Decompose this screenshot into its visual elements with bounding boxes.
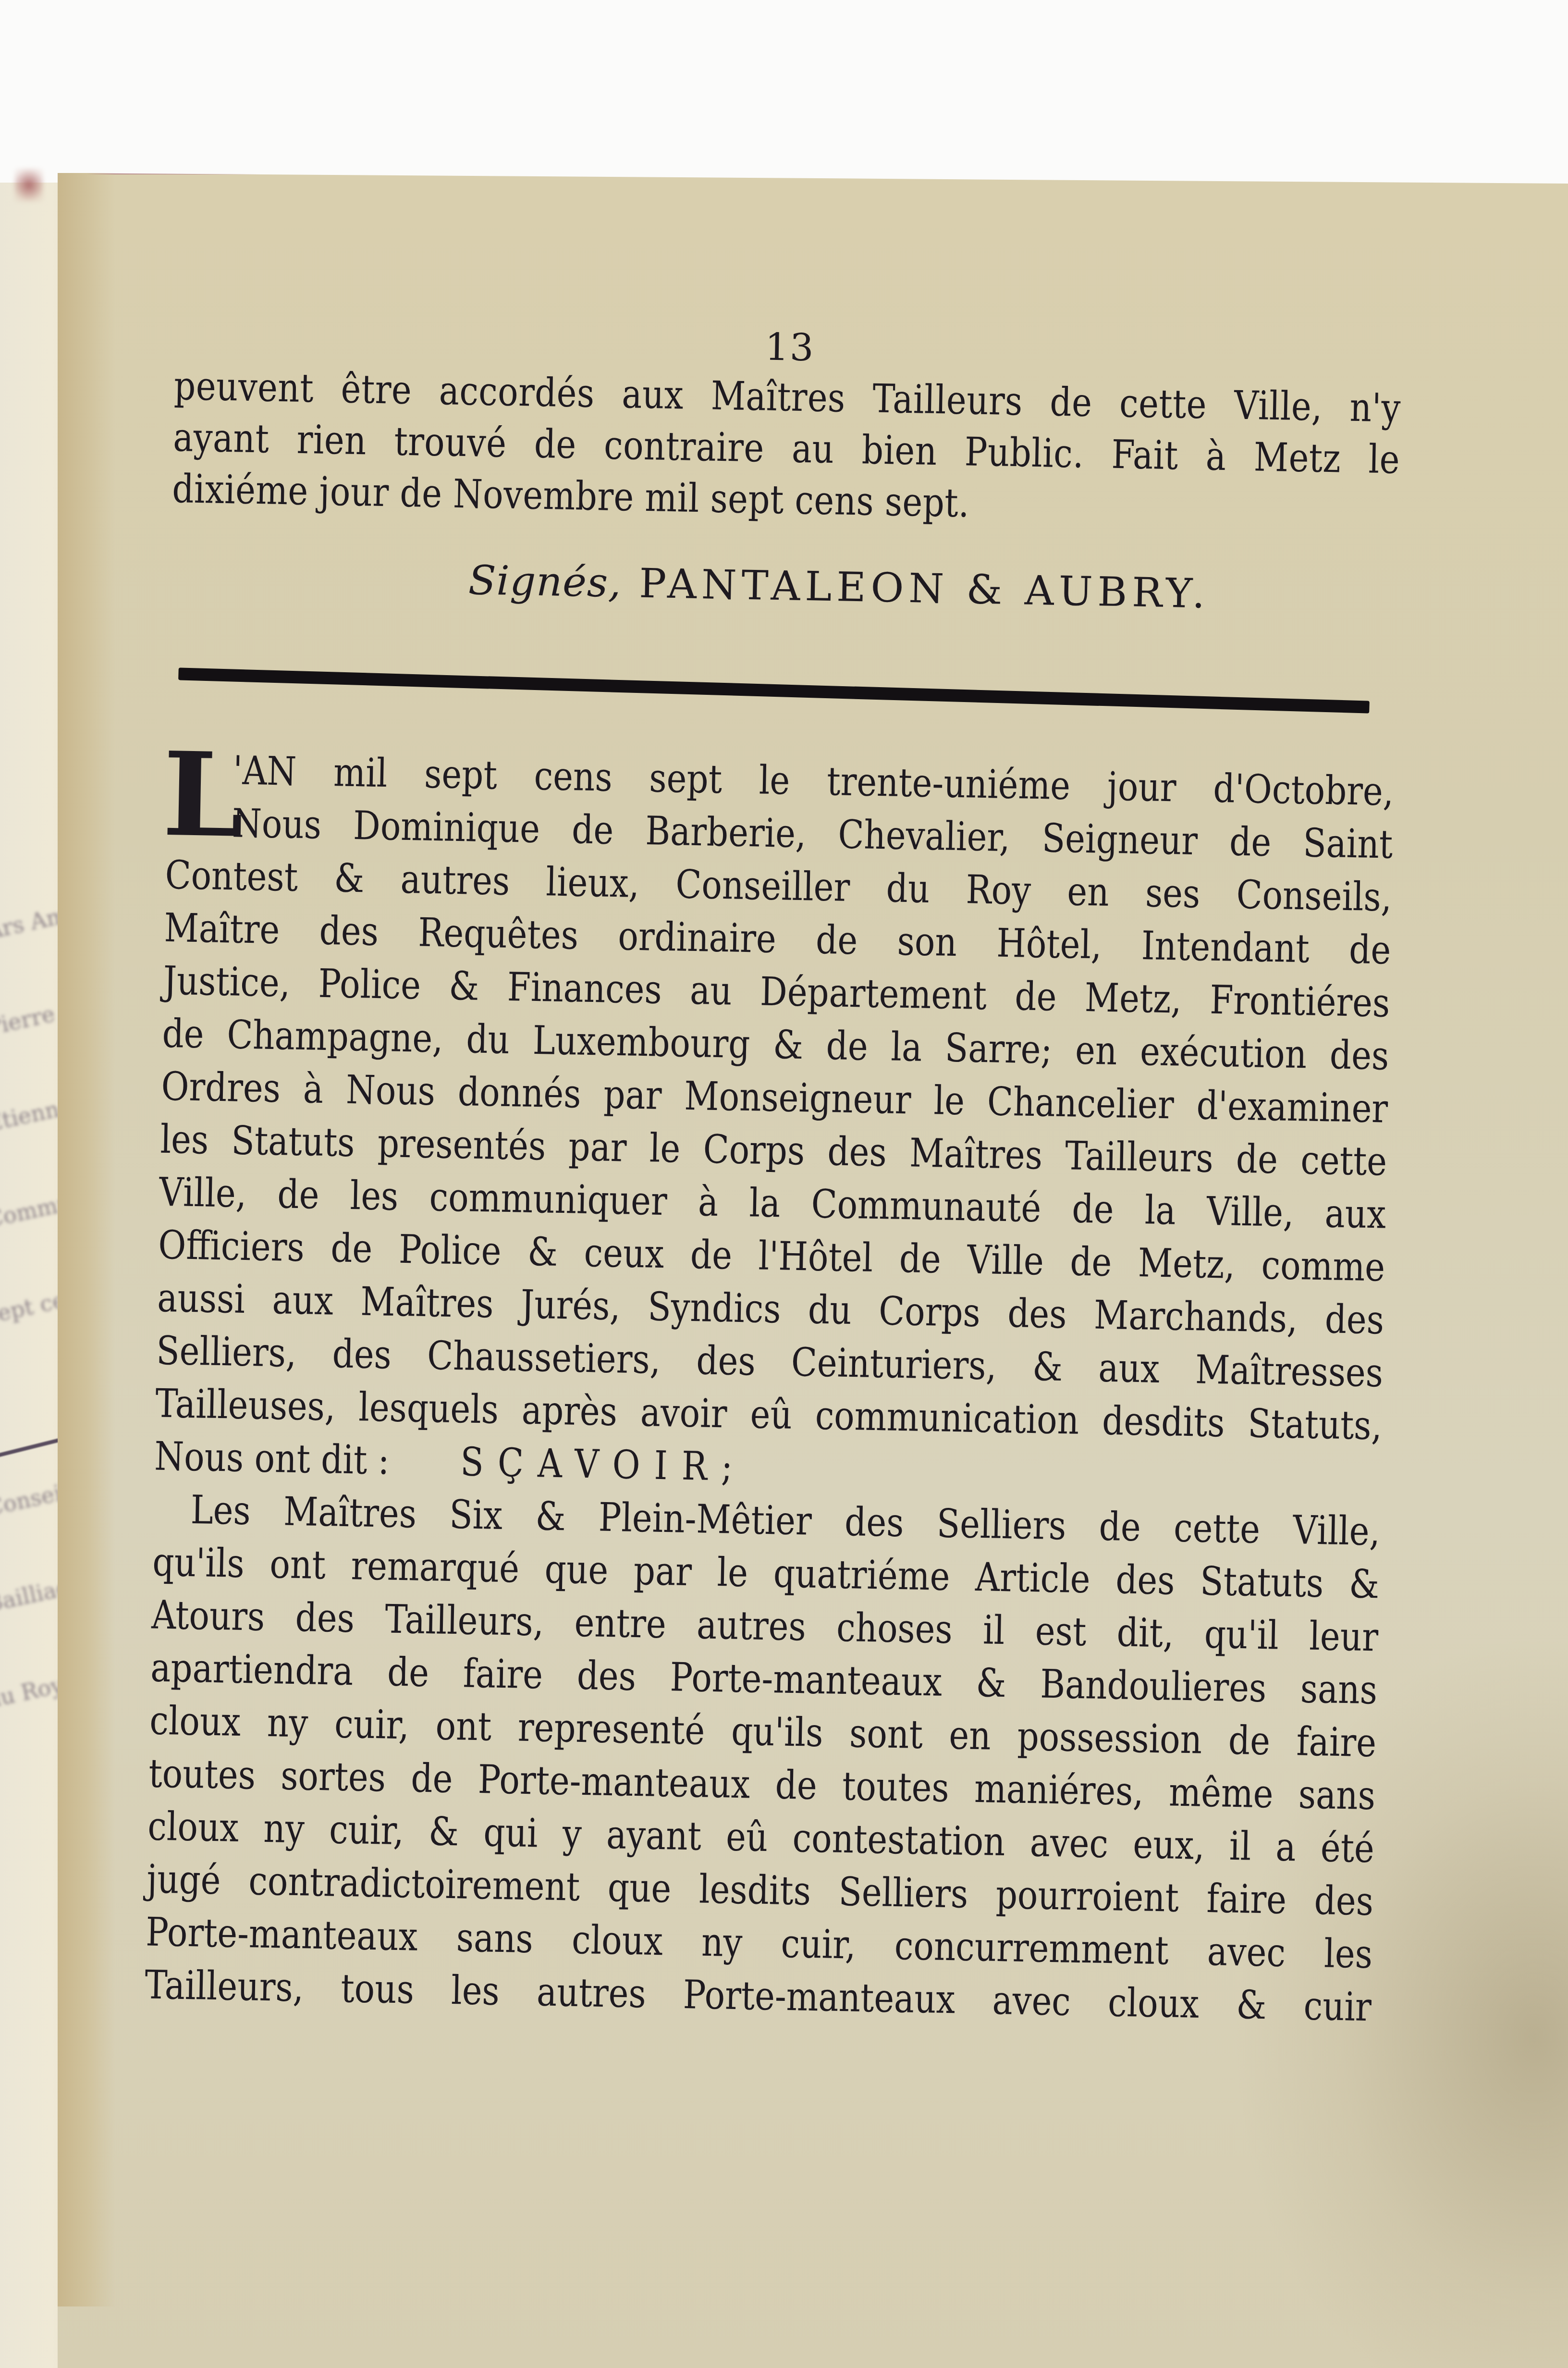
decree-section: L 'AN mil sept cens sept le trente-uniém… xyxy=(144,743,1397,2034)
savoir-heading: SÇAVOIR; xyxy=(460,1439,747,1490)
text-fragment: Nous ont dit : xyxy=(154,1434,390,1484)
page-edge-stain xyxy=(14,168,43,202)
signature-prefix: Signés, xyxy=(468,556,622,606)
page-text-block: 13 peuvent être accordés aux Maîtres Tai… xyxy=(144,317,1405,2034)
signature-names: PANTALEON & AUBRY. xyxy=(639,560,1210,617)
signature-line: Signés, PANTALEON & AUBRY. xyxy=(170,548,1401,624)
section-divider-rule xyxy=(178,667,1370,713)
page-gutter-shadow xyxy=(58,173,115,2306)
